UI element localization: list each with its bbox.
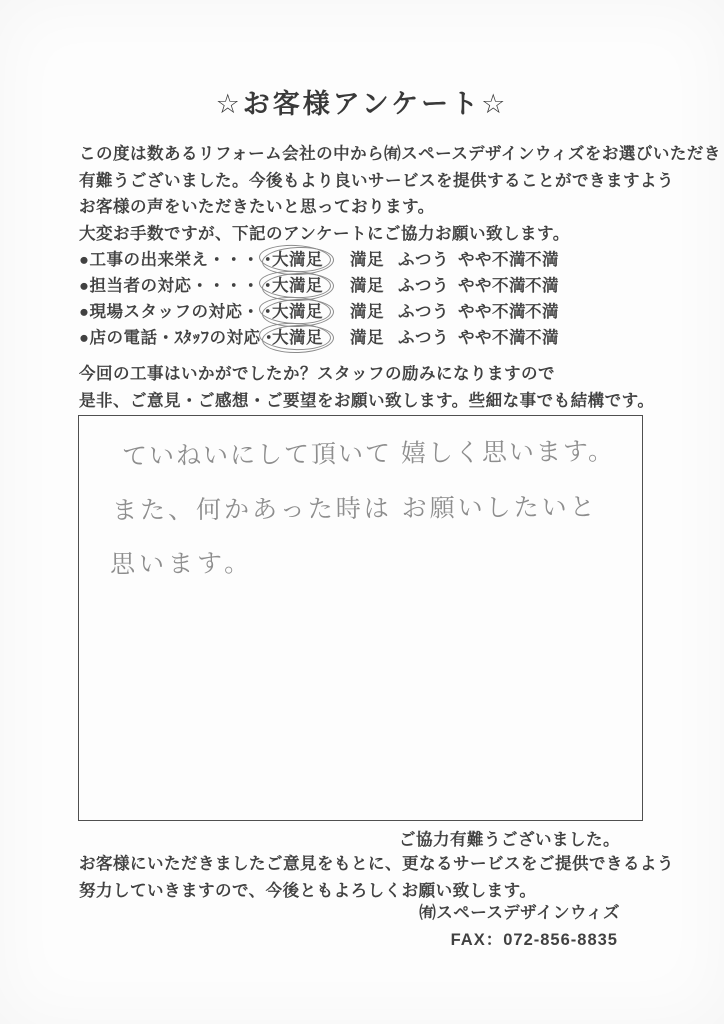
- survey-items: ●工事の出来栄え・・・・ 大満足 満足 ふつう やや不満 不満 ●担当者の対応・…: [79, 247, 565, 351]
- survey-item-label: ●工事の出来栄え・・・・: [79, 247, 262, 273]
- handwritten-comment-line: ていねいにして頂いて 嬉しく思います。: [122, 431, 615, 472]
- option-futsuu: ふつう: [392, 247, 452, 273]
- request-line: 今回の工事はいかがでしたか？スタッフの励みになりますので: [79, 361, 654, 388]
- request-line: 是非、ご意見・ご感想・ご要望をお願い致します。些細な事でも結構です。: [79, 388, 654, 415]
- selected-option: 大満足: [268, 328, 327, 349]
- option-yaya-fuman: やや不満: [452, 273, 519, 299]
- option-manzoku: 満足: [344, 299, 392, 325]
- intro-line: 大変お手数ですが、下記のアンケートにご協力お願い致します。: [79, 221, 721, 248]
- intro-line: 有難うございました。今後もより良いサービスを提供することができますよう: [79, 168, 721, 195]
- handwritten-comment-line: 思います。: [110, 543, 253, 580]
- survey-row-workmanship: ●工事の出来栄え・・・・ 大満足 満足 ふつう やや不満 不満: [79, 247, 565, 273]
- closing-paragraph: お客様にいただきましたご意見をもとに、更なるサービスをご提供できるよう 努力して…: [79, 851, 674, 905]
- intro-paragraph: この度は数あるリフォーム会社の中から㈲スペースデザインウィズをお選びいただき 有…: [79, 141, 721, 247]
- request-paragraph: 今回の工事はいかがでしたか？スタッフの励みになりますので 是非、ご意見・ご感想・…: [79, 361, 654, 415]
- handwritten-comment-line: また、何かあった時は お願いしたいと: [112, 487, 598, 526]
- intro-line: この度は数あるリフォーム会社の中から㈲スペースデザインウィズをお選びいただき: [79, 141, 721, 168]
- option-yaya-fuman: やや不満: [452, 247, 519, 273]
- option-manzoku: 満足: [344, 325, 392, 351]
- selected-option: 大満足: [268, 250, 327, 271]
- option-fuman: 不満: [519, 299, 565, 325]
- option-yaya-fuman: やや不満: [452, 325, 519, 351]
- survey-item-label: ●担当者の対応・・・・・: [79, 273, 262, 299]
- survey-row-staff-in-charge: ●担当者の対応・・・・・ 大満足 満足 ふつう やや不満 不満: [79, 273, 565, 299]
- fax-number: FAX：072-856-8835: [451, 926, 618, 950]
- option-fuman: 不満: [519, 273, 565, 299]
- survey-item-label: ●店の電話・ｽﾀｯﾌの対応・: [79, 325, 262, 351]
- option-futsuu: ふつう: [392, 299, 452, 325]
- survey-row-site-staff: ●現場スタッフの対応・・ 大満足 満足 ふつう やや不満 不満: [79, 299, 565, 325]
- option-daimanzoku: 大満足: [262, 299, 344, 325]
- survey-item-label: ●現場スタッフの対応・・: [79, 299, 262, 325]
- comment-box: [78, 415, 643, 821]
- option-daimanzoku: 大満足: [262, 325, 344, 351]
- page-title: ☆お客様アンケート☆: [0, 82, 724, 121]
- option-futsuu: ふつう: [392, 325, 452, 351]
- thanks-line: ご協力有難うございました。: [399, 826, 620, 850]
- option-futsuu: ふつう: [392, 273, 452, 299]
- option-daimanzoku: 大満足: [262, 247, 344, 273]
- scanned-survey-page: ☆お客様アンケート☆ この度は数あるリフォーム会社の中から㈲スペースデザインウィ…: [0, 0, 724, 1024]
- option-manzoku: 満足: [344, 247, 392, 273]
- option-daimanzoku: 大満足: [262, 273, 344, 299]
- closing-line: お客様にいただきましたご意見をもとに、更なるサービスをご提供できるよう: [79, 851, 674, 878]
- selected-option: 大満足: [268, 276, 327, 297]
- option-fuman: 不満: [519, 325, 565, 351]
- option-fuman: 不満: [519, 247, 565, 273]
- option-yaya-fuman: やや不満: [452, 299, 519, 325]
- company-name: ㈲スペースデザインウィズ: [419, 899, 620, 923]
- survey-row-shop-phone-staff: ●店の電話・ｽﾀｯﾌの対応・ 大満足 満足 ふつう やや不満 不満: [79, 325, 565, 351]
- intro-line: お客様の声をいただきたいと思っております。: [79, 194, 721, 221]
- selected-option: 大満足: [268, 302, 327, 323]
- option-manzoku: 満足: [344, 273, 392, 299]
